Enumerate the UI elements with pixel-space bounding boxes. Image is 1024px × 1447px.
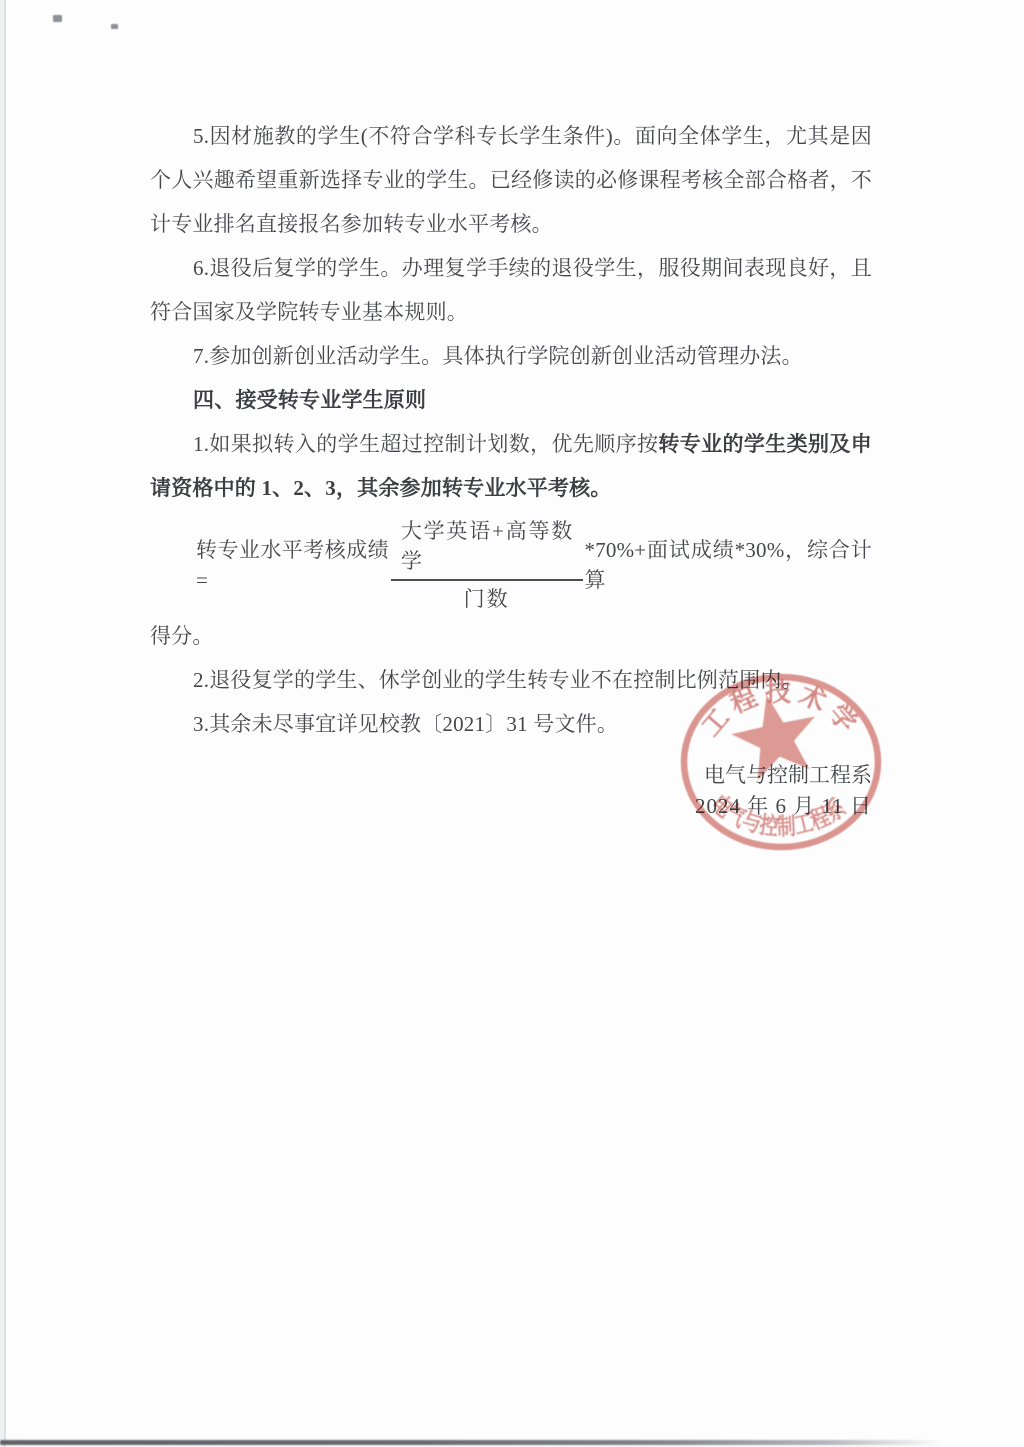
paragraph-item-6: 6.退役后复学的学生。办理复学手续的退役学生，服役期间表现良好，且符合国家及学院… [150,246,872,334]
document-body: 5.因材施教的学生(不符合学科专长学生条件)。面向全体学生，尤其是因个人兴趣希望… [150,114,872,746]
scanned-document-page: 5.因材施教的学生(不符合学科专长学生条件)。面向全体学生，尤其是因个人兴趣希望… [0,0,1024,1447]
scan-bottom-edge [0,1440,942,1445]
fraction-numerator: 大学英语+高等数学 [391,516,583,581]
item-1-regular-text: 1.如果拟转入的学生超过控制计划数，优先顺序按 [193,432,658,456]
section-heading: 四、接受转专业学生原则 [150,378,872,422]
official-stamp: 工程技术学 电气与控制工程系 [676,654,888,866]
formula-rhs: *70%+面试成绩*30%，综合计算 [585,535,872,595]
formula-lhs: 转专业水平考核成绩= [196,535,389,595]
scan-speck [53,15,62,22]
scan-speck [111,24,118,29]
fraction-denominator: 门数 [464,581,510,614]
scan-edge-line [4,0,6,1447]
formula-fraction: 大学英语+高等数学 门数 [391,516,583,614]
formula-tail: 得分。 [150,614,872,658]
paragraph-item-5: 5.因材施教的学生(不符合学科专长学生条件)。面向全体学生，尤其是因个人兴趣希望… [150,114,872,246]
paragraph-item-1: 1.如果拟转入的学生超过控制计划数，优先顺序按转专业的学生类别及申请资格中的 1… [150,422,872,510]
paragraph-item-7: 7.参加创新创业活动学生。具体执行学院创新创业活动管理办法。 [150,334,872,378]
assessment-score-formula: 转专业水平考核成绩= 大学英语+高等数学 门数 *70%+面试成绩*30%，综合… [196,516,872,614]
